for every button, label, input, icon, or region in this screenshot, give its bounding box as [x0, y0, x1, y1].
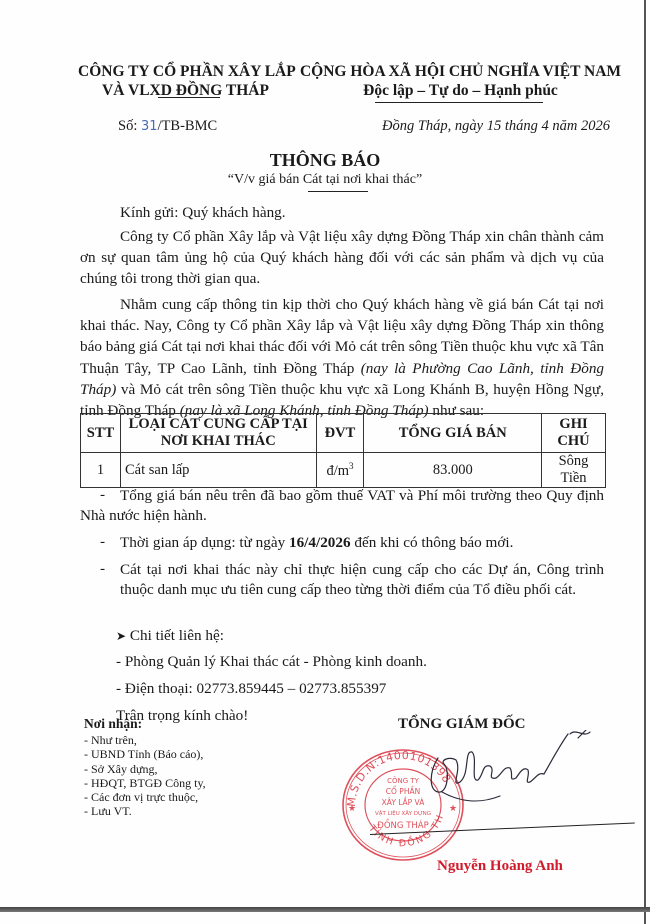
recipients-list: - Như trên, - UBND Tỉnh (Báo cáo), - Sở … — [84, 733, 206, 819]
nation-name: CỘNG HÒA XÃ HỘI CHỦ NGHĨA VIỆT NAM — [298, 62, 623, 81]
recipient-item: - UBND Tỉnh (Báo cáo), — [84, 747, 206, 761]
paragraph-announcement: Nhằm cung cấp thông tin kịp thời cho Quý… — [80, 294, 604, 421]
paragraph-thanks: Công ty Cổ phần Xây lắp và Vật liệu xây … — [80, 226, 604, 290]
document-number: Số: 31/TB-BMC — [118, 118, 217, 135]
org-name-line1: CÔNG TY CỔ PHẦN XÂY LẮP — [78, 62, 293, 81]
note-supply-scope: Cát tại nơi khai thác này chỉ thực hiện … — [120, 560, 604, 600]
document-subject: “V/v giá bán Cát tại nơi khai thác” — [0, 172, 650, 188]
contact-phone: - Điện thoại: 02773.859445 – 02773.85539… — [116, 680, 386, 698]
cell-unit: đ/m3 — [316, 453, 364, 488]
page-edge-bottom — [0, 907, 650, 912]
col-header-stt: STT — [81, 414, 121, 453]
contact-heading-text: Chi tiết liên hệ: — [130, 627, 224, 644]
recipient-item: - Sở Xây dựng, — [84, 762, 206, 776]
col-header-note: GHI CHÚ — [542, 414, 606, 453]
salutation: Kính gửi: Quý khách hàng. — [120, 204, 286, 222]
nation-motto: Độc lập – Tự do – Hạnh phúc — [298, 81, 623, 100]
recipient-item: - HĐQT, BTGĐ Công ty, — [84, 776, 206, 790]
unit-superscript: 3 — [349, 461, 354, 471]
table-row: 1 Cát san lấp đ/m3 83.000 Sông Tiền — [81, 453, 606, 488]
motto-underline — [375, 102, 543, 103]
effective-date: 16/4/2026 — [289, 534, 351, 551]
cell-sand-type: Cát san lấp — [120, 453, 316, 488]
unit-text: đ/m — [326, 462, 349, 478]
handwritten-signature-icon — [420, 730, 620, 830]
arrow-right-icon: ➤ — [116, 629, 126, 643]
svg-text:★: ★ — [348, 804, 356, 814]
document-page: CÔNG TY CỔ PHẦN XÂY LẮP VÀ VLXD ĐỒNG THÁ… — [0, 0, 650, 924]
col-header-total-price: TỔNG GIÁ BÁN — [364, 414, 542, 453]
svg-text:XÂY LẮP VÀ: XÂY LẮP VÀ — [382, 797, 426, 807]
doc-number-suffix: /TB-BMC — [158, 118, 218, 134]
table-header-row: STT LOẠI CÁT CUNG CẤP TẠI NƠI KHAI THÁC … — [81, 414, 606, 453]
effective-prefix: Thời gian áp dụng: từ ngày — [120, 534, 289, 551]
title-rule — [308, 191, 368, 192]
org-underline — [158, 97, 220, 98]
recipient-item: - Như trên, — [84, 733, 206, 747]
svg-text:CỔ PHẦN: CỔ PHẦN — [386, 786, 420, 796]
price-table: STT LOẠI CÁT CUNG CẤP TẠI NƠI KHAI THÁC … — [80, 413, 606, 488]
col-header-sand-type: LOẠI CÁT CUNG CẤP TẠI NƠI KHAI THÁC — [120, 414, 316, 453]
signer-name: Nguyễn Hoàng Anh — [437, 858, 563, 875]
doc-number-value: 31 — [141, 119, 158, 134]
recipient-item: - Lưu VT. — [84, 804, 206, 818]
bullet-dash: - — [100, 560, 105, 578]
page-edge-right — [644, 0, 646, 924]
recipient-item: - Các đơn vị trực thuộc, — [84, 790, 206, 804]
effective-suffix: đến khi có thông báo mới. — [351, 534, 514, 551]
contact-heading: ➤ Chi tiết liên hệ: — [116, 627, 224, 645]
place-date: Đồng Tháp, ngày 15 tháng 4 năm 2026 — [382, 118, 610, 135]
document-title: THÔNG BÁO — [0, 150, 650, 171]
cell-note: Sông Tiền — [542, 453, 606, 488]
national-header: CỘNG HÒA XÃ HỘI CHỦ NGHĨA VIỆT NAM Độc l… — [298, 62, 623, 100]
svg-text:CÔNG TY: CÔNG TY — [387, 776, 420, 785]
contact-department: - Phòng Quản lý Khai thác cát - Phòng ki… — [116, 653, 427, 671]
note-vat: Tổng giá bán nêu trên đã bao gồm thuế VA… — [80, 486, 604, 526]
bullet-dash: - — [100, 533, 105, 551]
organization-header: CÔNG TY CỔ PHẦN XÂY LẮP VÀ VLXD ĐỒNG THÁ… — [78, 62, 293, 100]
cell-stt: 1 — [81, 453, 121, 488]
cell-price: 83.000 — [364, 453, 542, 488]
doc-number-prefix: Số: — [118, 118, 141, 134]
recipients-title: Nơi nhận: — [84, 716, 142, 732]
note-effective-date: Thời gian áp dụng: từ ngày 16/4/2026 đến… — [120, 533, 604, 553]
col-header-unit: ĐVT — [316, 414, 364, 453]
